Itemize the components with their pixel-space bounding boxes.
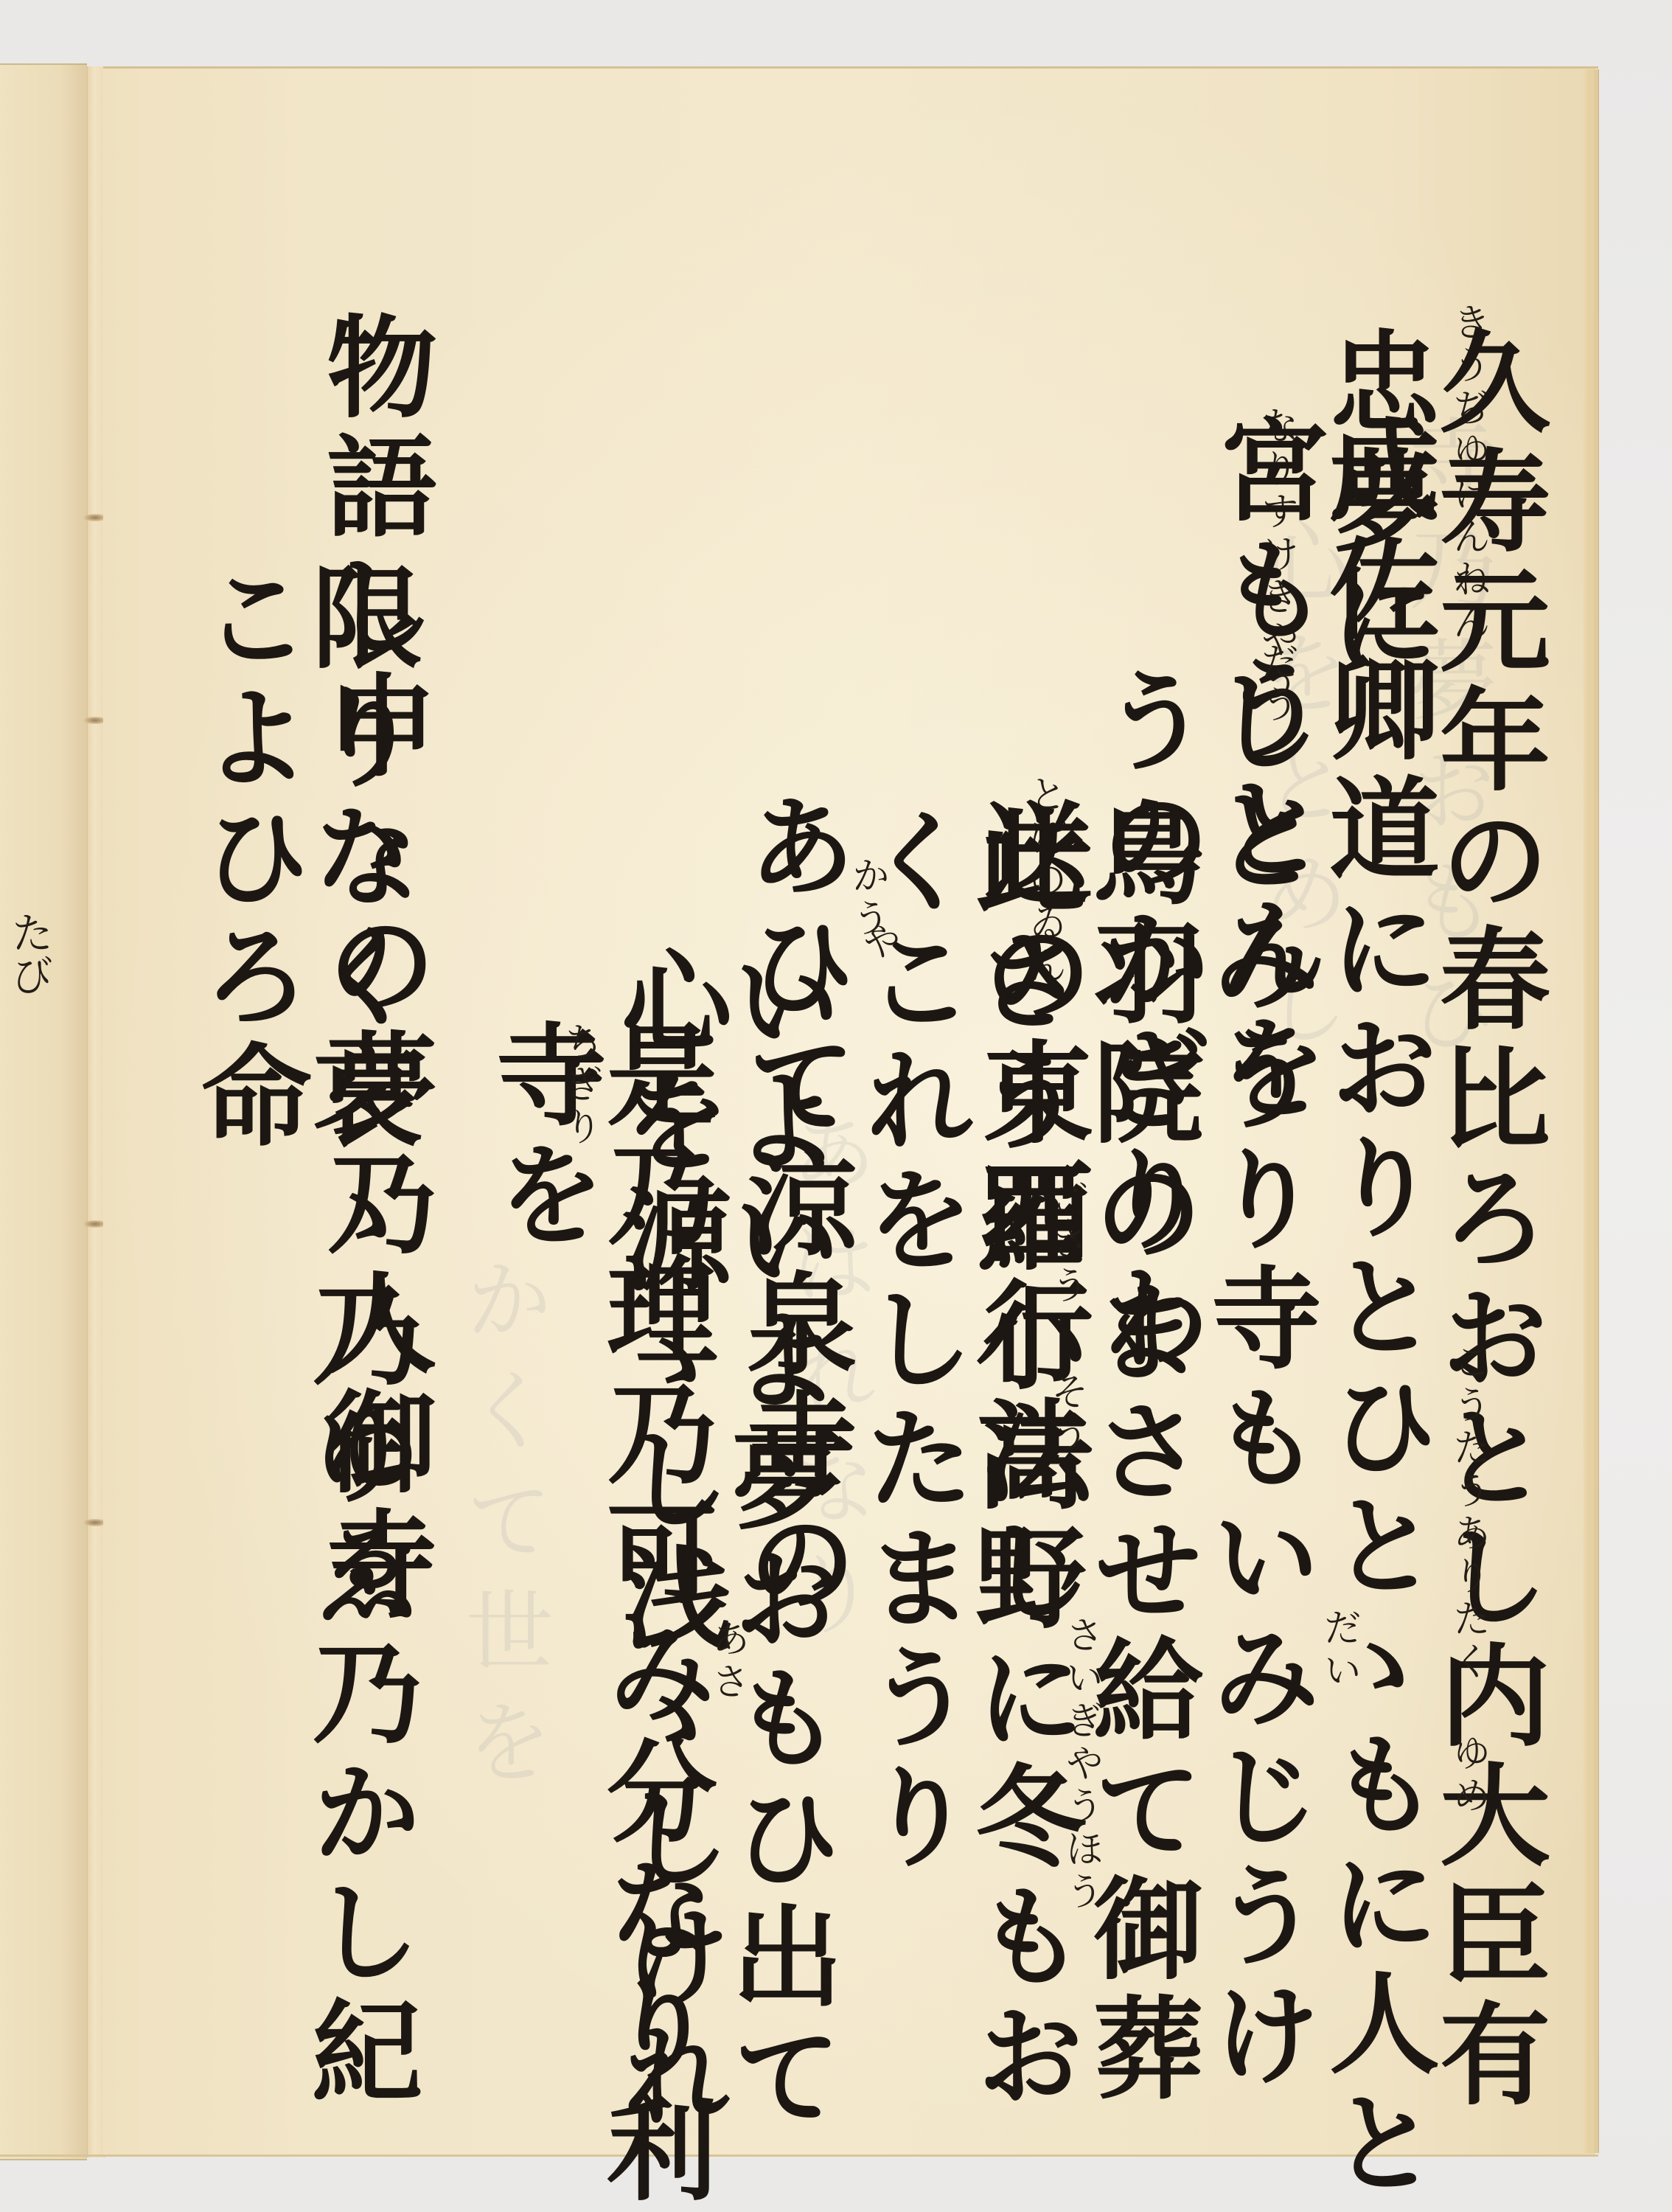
text-column-10: 限りなく哀ゝ乃ゆゑ乃かし紀こよひろ命 (192, 560, 413, 2212)
furigana-col1-mid: こうたうありたく (1449, 1342, 1487, 1684)
left-page-fold-shadow (59, 63, 87, 2157)
furigana-col5-mid2: や (859, 922, 897, 964)
page-stack-edge (1594, 69, 1599, 2153)
furigana-col2-low: だい (1320, 1607, 1358, 1693)
left-page-text-fragment: たび (7, 911, 50, 996)
book-gutter-spine (87, 66, 105, 2157)
furigana-col8-mid: ちぎり (560, 1021, 599, 1150)
text-column-5: 此さう羅小高野に冬もおくこれをしたまうり (855, 804, 1076, 2212)
furigana-col1-low: ゆめ (1449, 1733, 1487, 1818)
page-top-edge (103, 66, 1598, 69)
text-column-8: 是乃理乃可み分なり利寺を (487, 1018, 708, 2212)
